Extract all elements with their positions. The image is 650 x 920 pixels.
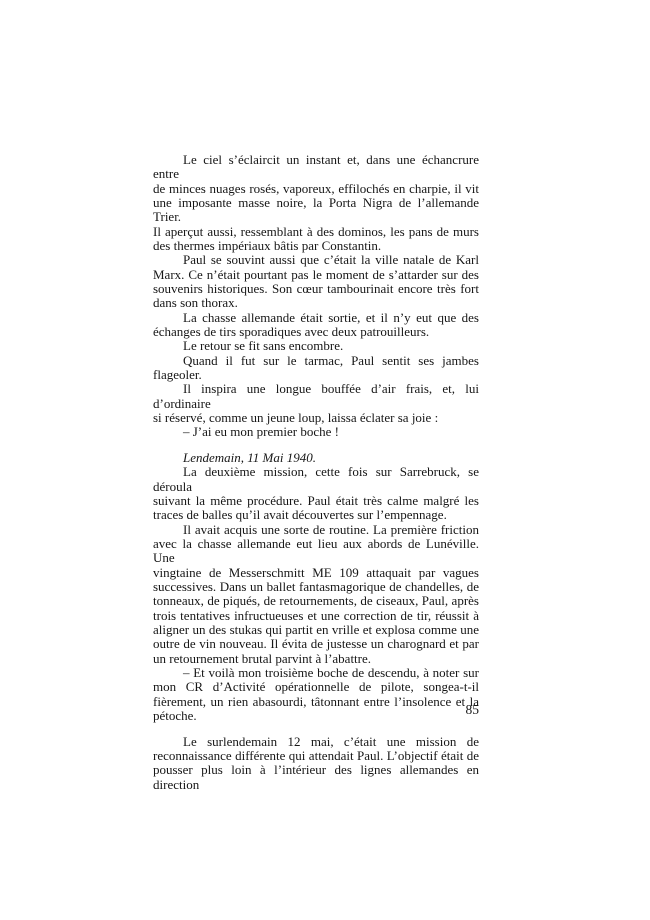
text-line: une imposante masse noire, la Porta Nigr… bbox=[153, 196, 479, 225]
paragraph: Lendemain, 11 Mai 1940. bbox=[153, 451, 479, 465]
paragraph: La deuxième mission, cette fois sur Sarr… bbox=[153, 465, 479, 522]
text-line: Quand il fut sur le tarmac, Paul sentit … bbox=[153, 354, 479, 383]
paragraph: Il avait acquis une sorte de routine. La… bbox=[153, 523, 479, 666]
text-line: La deuxième mission, cette fois sur Sarr… bbox=[153, 465, 479, 494]
text-line: suivant la même procédure. Paul était tr… bbox=[153, 494, 479, 508]
text-line: de minces nuages rosés, vaporeux, effilo… bbox=[153, 182, 479, 196]
text-line: traces de balles qu’il avait découvertes… bbox=[153, 508, 479, 522]
text-line: Lendemain, 11 Mai 1940. bbox=[153, 451, 479, 465]
text-line: si réservé, comme un jeune loup, laissa … bbox=[153, 411, 479, 425]
text-line: mon CR d’Activité opérationnelle de pilo… bbox=[153, 680, 479, 694]
text-line: tonneaux, de piqués, de retournements, d… bbox=[153, 594, 479, 608]
paragraph: Le retour se fit sans encombre. bbox=[153, 339, 479, 353]
text-line: Marx. Ce n’était pourtant pas le moment … bbox=[153, 268, 479, 282]
text-line: pousser plus loin à l’intérieur des lign… bbox=[153, 763, 479, 792]
text-line: Le retour se fit sans encombre. bbox=[153, 339, 479, 353]
page-text: Le ciel s’éclaircit un instant et, dans … bbox=[153, 153, 479, 792]
text-line: trois tentatives infructueuses et une co… bbox=[153, 609, 479, 623]
text-line: avec la chasse allemande eut lieu aux ab… bbox=[153, 537, 479, 566]
paragraph: La chasse allemande était sortie, et il … bbox=[153, 311, 479, 340]
text-line: un retournement brutal parvint à l’abatt… bbox=[153, 652, 479, 666]
text-line: Paul se souvint aussi que c’était la vil… bbox=[153, 253, 479, 267]
text-line: dans son thorax. bbox=[153, 296, 479, 310]
text-line: Le ciel s’éclaircit un instant et, dans … bbox=[153, 153, 479, 182]
text-line: reconnaissance différente qui attendait … bbox=[153, 749, 479, 763]
text-line: Il avait acquis une sorte de routine. La… bbox=[153, 523, 479, 537]
book-page: Le ciel s’éclaircit un instant et, dans … bbox=[0, 0, 650, 920]
paragraph: Paul se souvint aussi que c’était la vil… bbox=[153, 253, 479, 310]
text-line: souvenirs historiques. Son cœur tambouri… bbox=[153, 282, 479, 296]
text-line: aligner un des stukas qui partit en vril… bbox=[153, 623, 479, 637]
text-line: Il aperçut aussi, ressemblant à des domi… bbox=[153, 225, 479, 239]
text-line: – Et voilà mon troisième boche de descen… bbox=[153, 666, 479, 680]
paragraph: Il inspira une longue bouffée d’air frai… bbox=[153, 382, 479, 425]
text-line: des thermes impériaux bâtis par Constant… bbox=[153, 239, 479, 253]
paragraph: Le ciel s’éclaircit un instant et, dans … bbox=[153, 153, 479, 253]
page-number: 85 bbox=[153, 702, 479, 718]
text-line: – J’ai eu mon premier boche ! bbox=[153, 425, 479, 439]
text-line: Le surlendemain 12 mai, c’était une miss… bbox=[153, 735, 479, 749]
text-line: successives. Dans un ballet fantasmagori… bbox=[153, 580, 479, 594]
text-line: La chasse allemande était sortie, et il … bbox=[153, 311, 479, 325]
text-line: outre de vin nouveau. Il évita de justes… bbox=[153, 637, 479, 651]
text-line: Il inspira une longue bouffée d’air frai… bbox=[153, 382, 479, 411]
paragraph: – J’ai eu mon premier boche ! bbox=[153, 425, 479, 439]
text-line: échanges de tirs sporadiques avec deux p… bbox=[153, 325, 479, 339]
text-line: vingtaine de Messerschmitt ME 109 attaqu… bbox=[153, 566, 479, 580]
paragraph: Le surlendemain 12 mai, c’était une miss… bbox=[153, 735, 479, 792]
paragraph: Quand il fut sur le tarmac, Paul sentit … bbox=[153, 354, 479, 383]
